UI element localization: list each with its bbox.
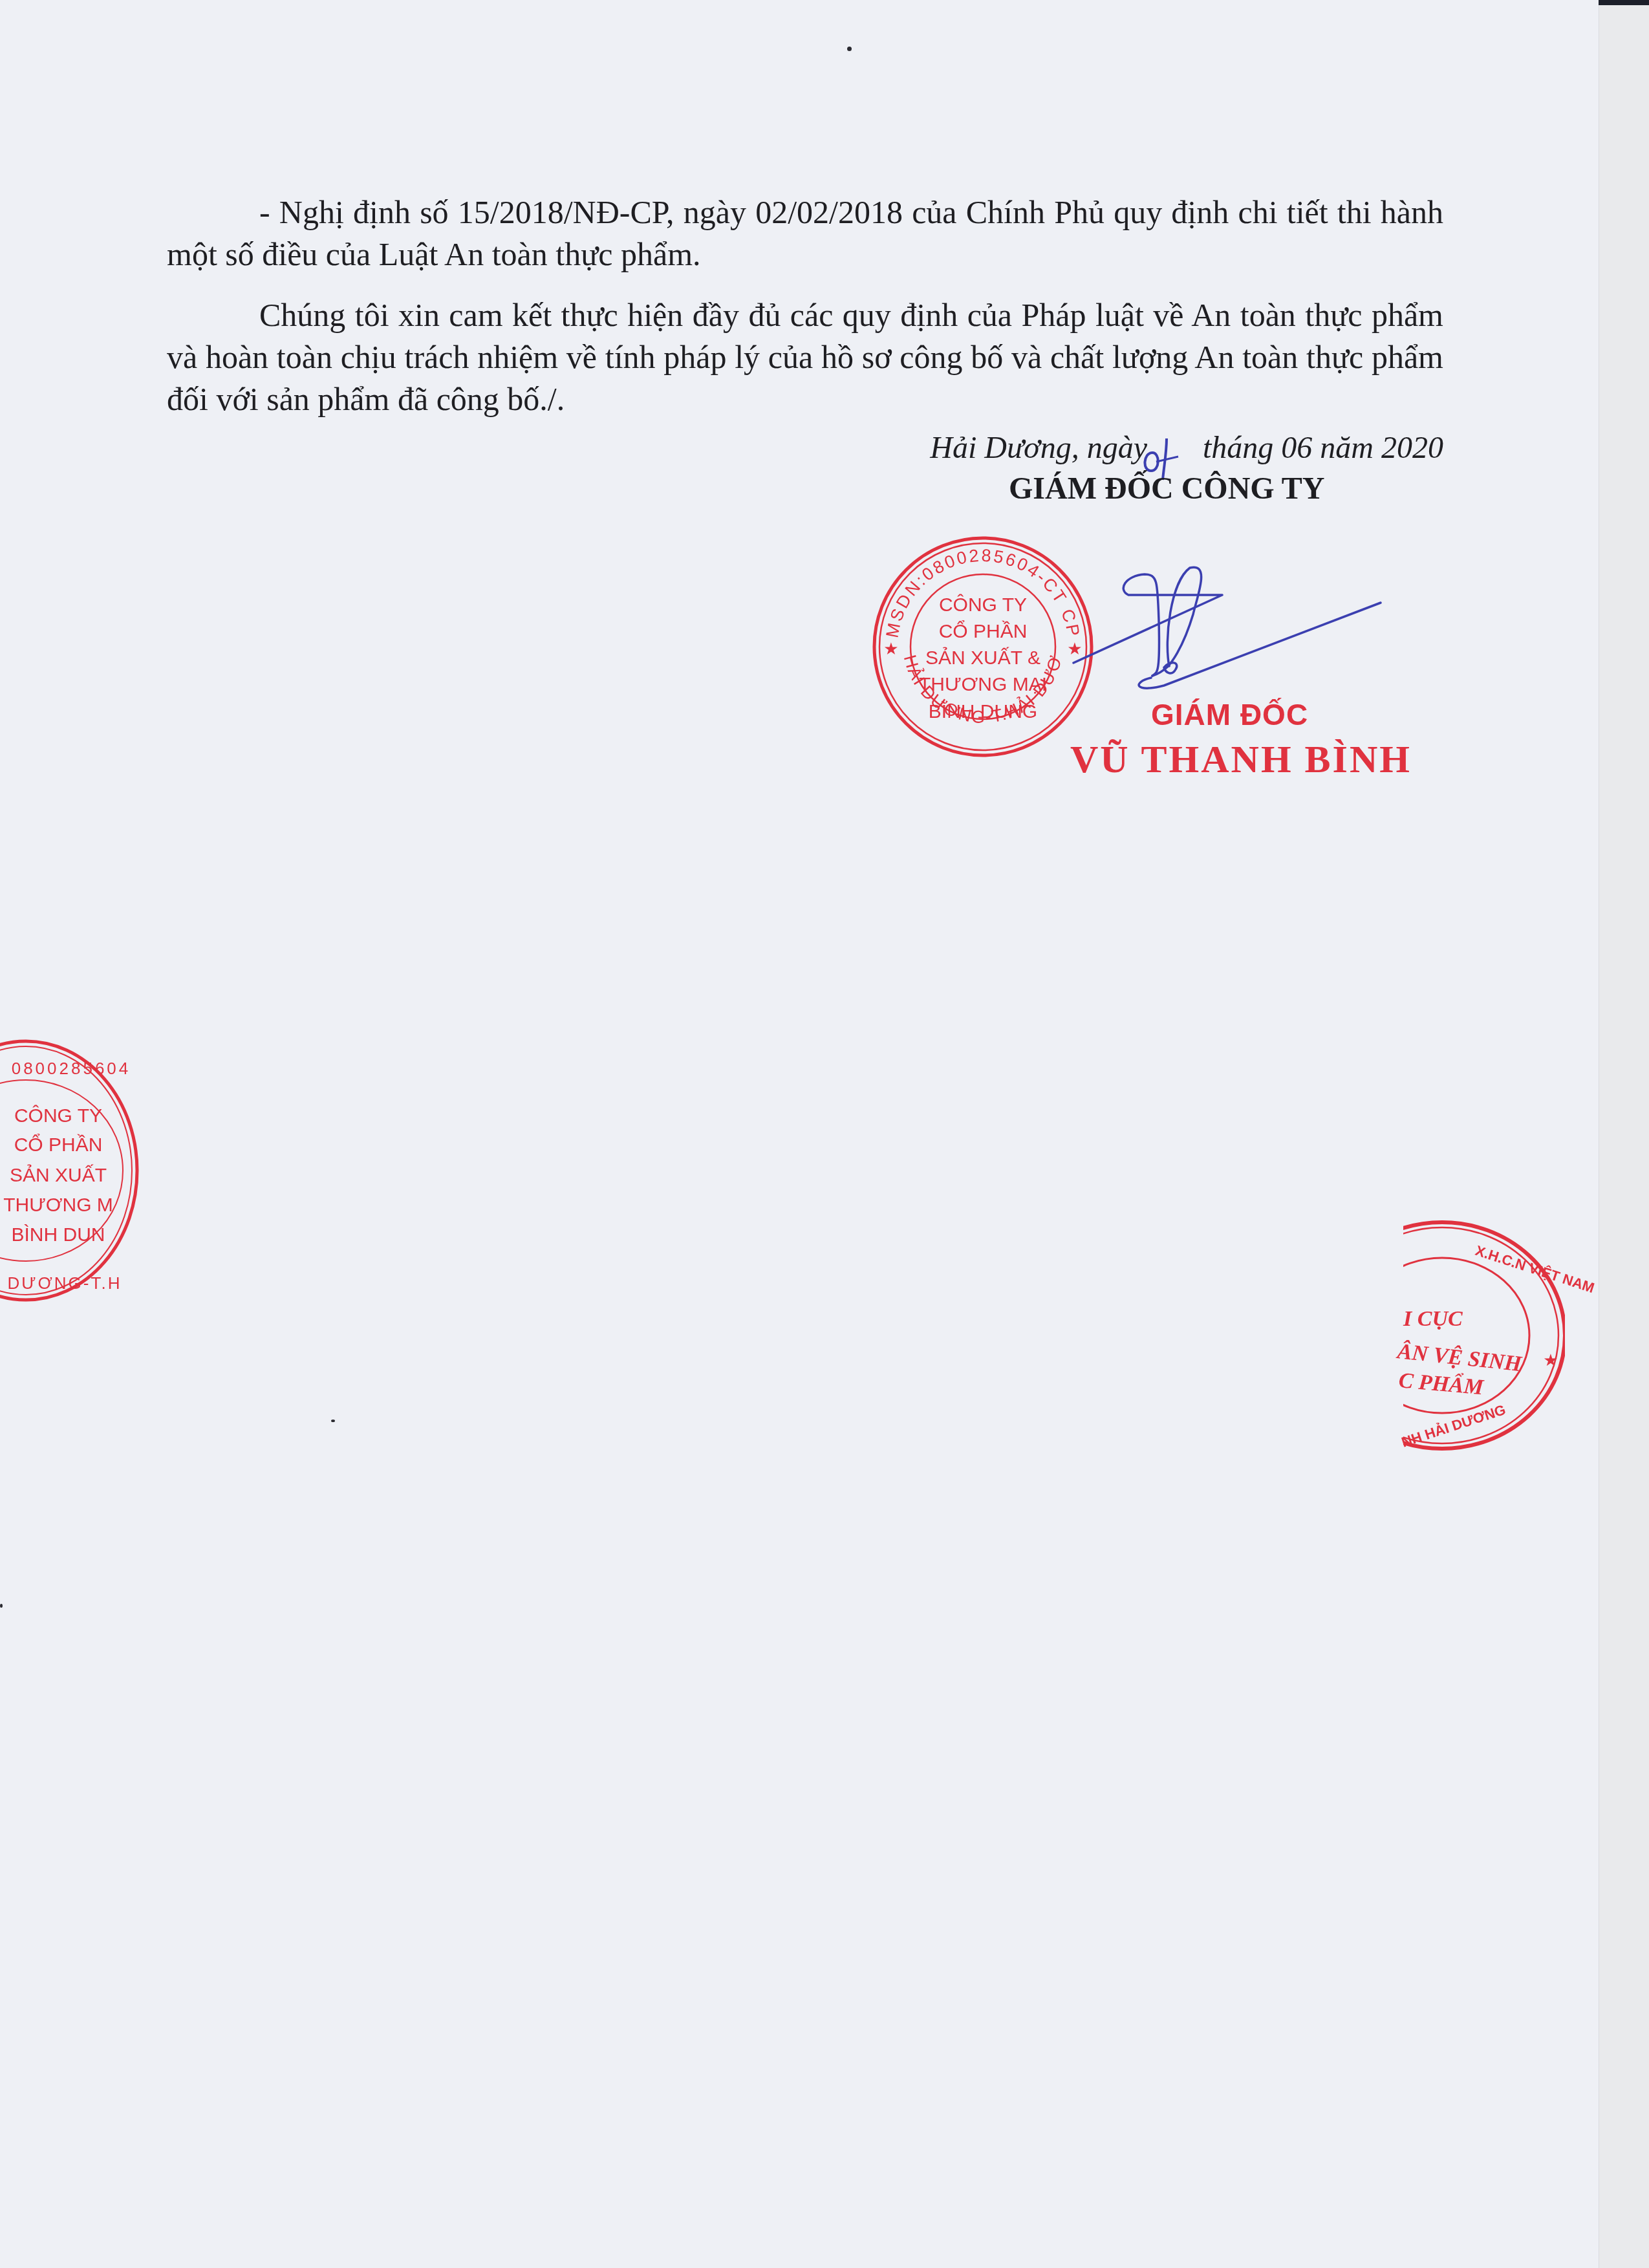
decree-paragraph: - Nghị định số 15/2018/NĐ-CP, ngày 02/02…	[167, 191, 1443, 275]
stamped-director-title: GIÁM ĐỐC	[1151, 697, 1308, 732]
scan-speck	[0, 1604, 3, 1608]
seal-center-line: CỔ PHẦN	[939, 620, 1028, 642]
authority-seal-star-icon: ★	[1543, 1351, 1558, 1370]
left-seal-center-line: SẢN XUẤT	[10, 1164, 107, 1186]
left-partial-seal-stamp: 0800285604 DƯƠNG-T.H CÔNG TY CỔ PHẦN SẢN…	[0, 1031, 116, 1310]
seal-center-line: THƯƠNG MẠI	[919, 674, 1047, 695]
signatory-title: GIÁM ĐỐC CÔNG TY	[1009, 471, 1300, 506]
seal-center-line: CÔNG TY	[939, 594, 1027, 616]
left-seal-center-line: BÌNH DUN	[11, 1224, 105, 1246]
date-prefix: Hải Dương, ngày	[930, 431, 1147, 465]
commitment-paragraph: Chúng tôi xin cam kết thực hiện đầy đủ c…	[167, 294, 1443, 420]
left-seal-center-line: THƯƠNG M	[3, 1194, 113, 1216]
date-suffix: tháng 06 năm 2020	[1203, 431, 1443, 465]
left-seal-center-line: CỔ PHẦN	[14, 1134, 103, 1156]
scan-edge-strip	[1599, 0, 1649, 2268]
seal-star-left-icon: ★	[883, 640, 898, 658]
stamped-director-name: VŨ THANH BÌNH	[1070, 737, 1412, 782]
commitment-paragraph-block: Chúng tôi xin cam kết thực hiện đầy đủ c…	[167, 294, 1443, 420]
seal-center-line: BÌNH DUNG	[929, 701, 1037, 722]
decree-paragraph-block: - Nghị định số 15/2018/NĐ-CP, ngày 02/02…	[167, 191, 1443, 275]
scan-speck	[847, 47, 852, 51]
seal-center-line: SẢN XUẤT &	[925, 647, 1040, 669]
left-seal-center-line: CÔNG TY	[14, 1105, 102, 1127]
left-seal-ring-bottom: DƯƠNG-T.H	[8, 1273, 122, 1293]
scan-speck	[331, 1420, 335, 1422]
scan-edge-shadow	[1599, 0, 1649, 5]
left-seal-ring-top: 0800285604	[12, 1059, 131, 1078]
authority-partial-seal-stamp: X.H.C.N VIỆT NAM NH HẢI DƯƠNG ★ I CỤC ÂN…	[1384, 1203, 1565, 1468]
authority-seal-center-line: I CỤC	[1403, 1307, 1463, 1331]
authority-seal-center-line: C PHẨM	[1397, 1368, 1485, 1399]
